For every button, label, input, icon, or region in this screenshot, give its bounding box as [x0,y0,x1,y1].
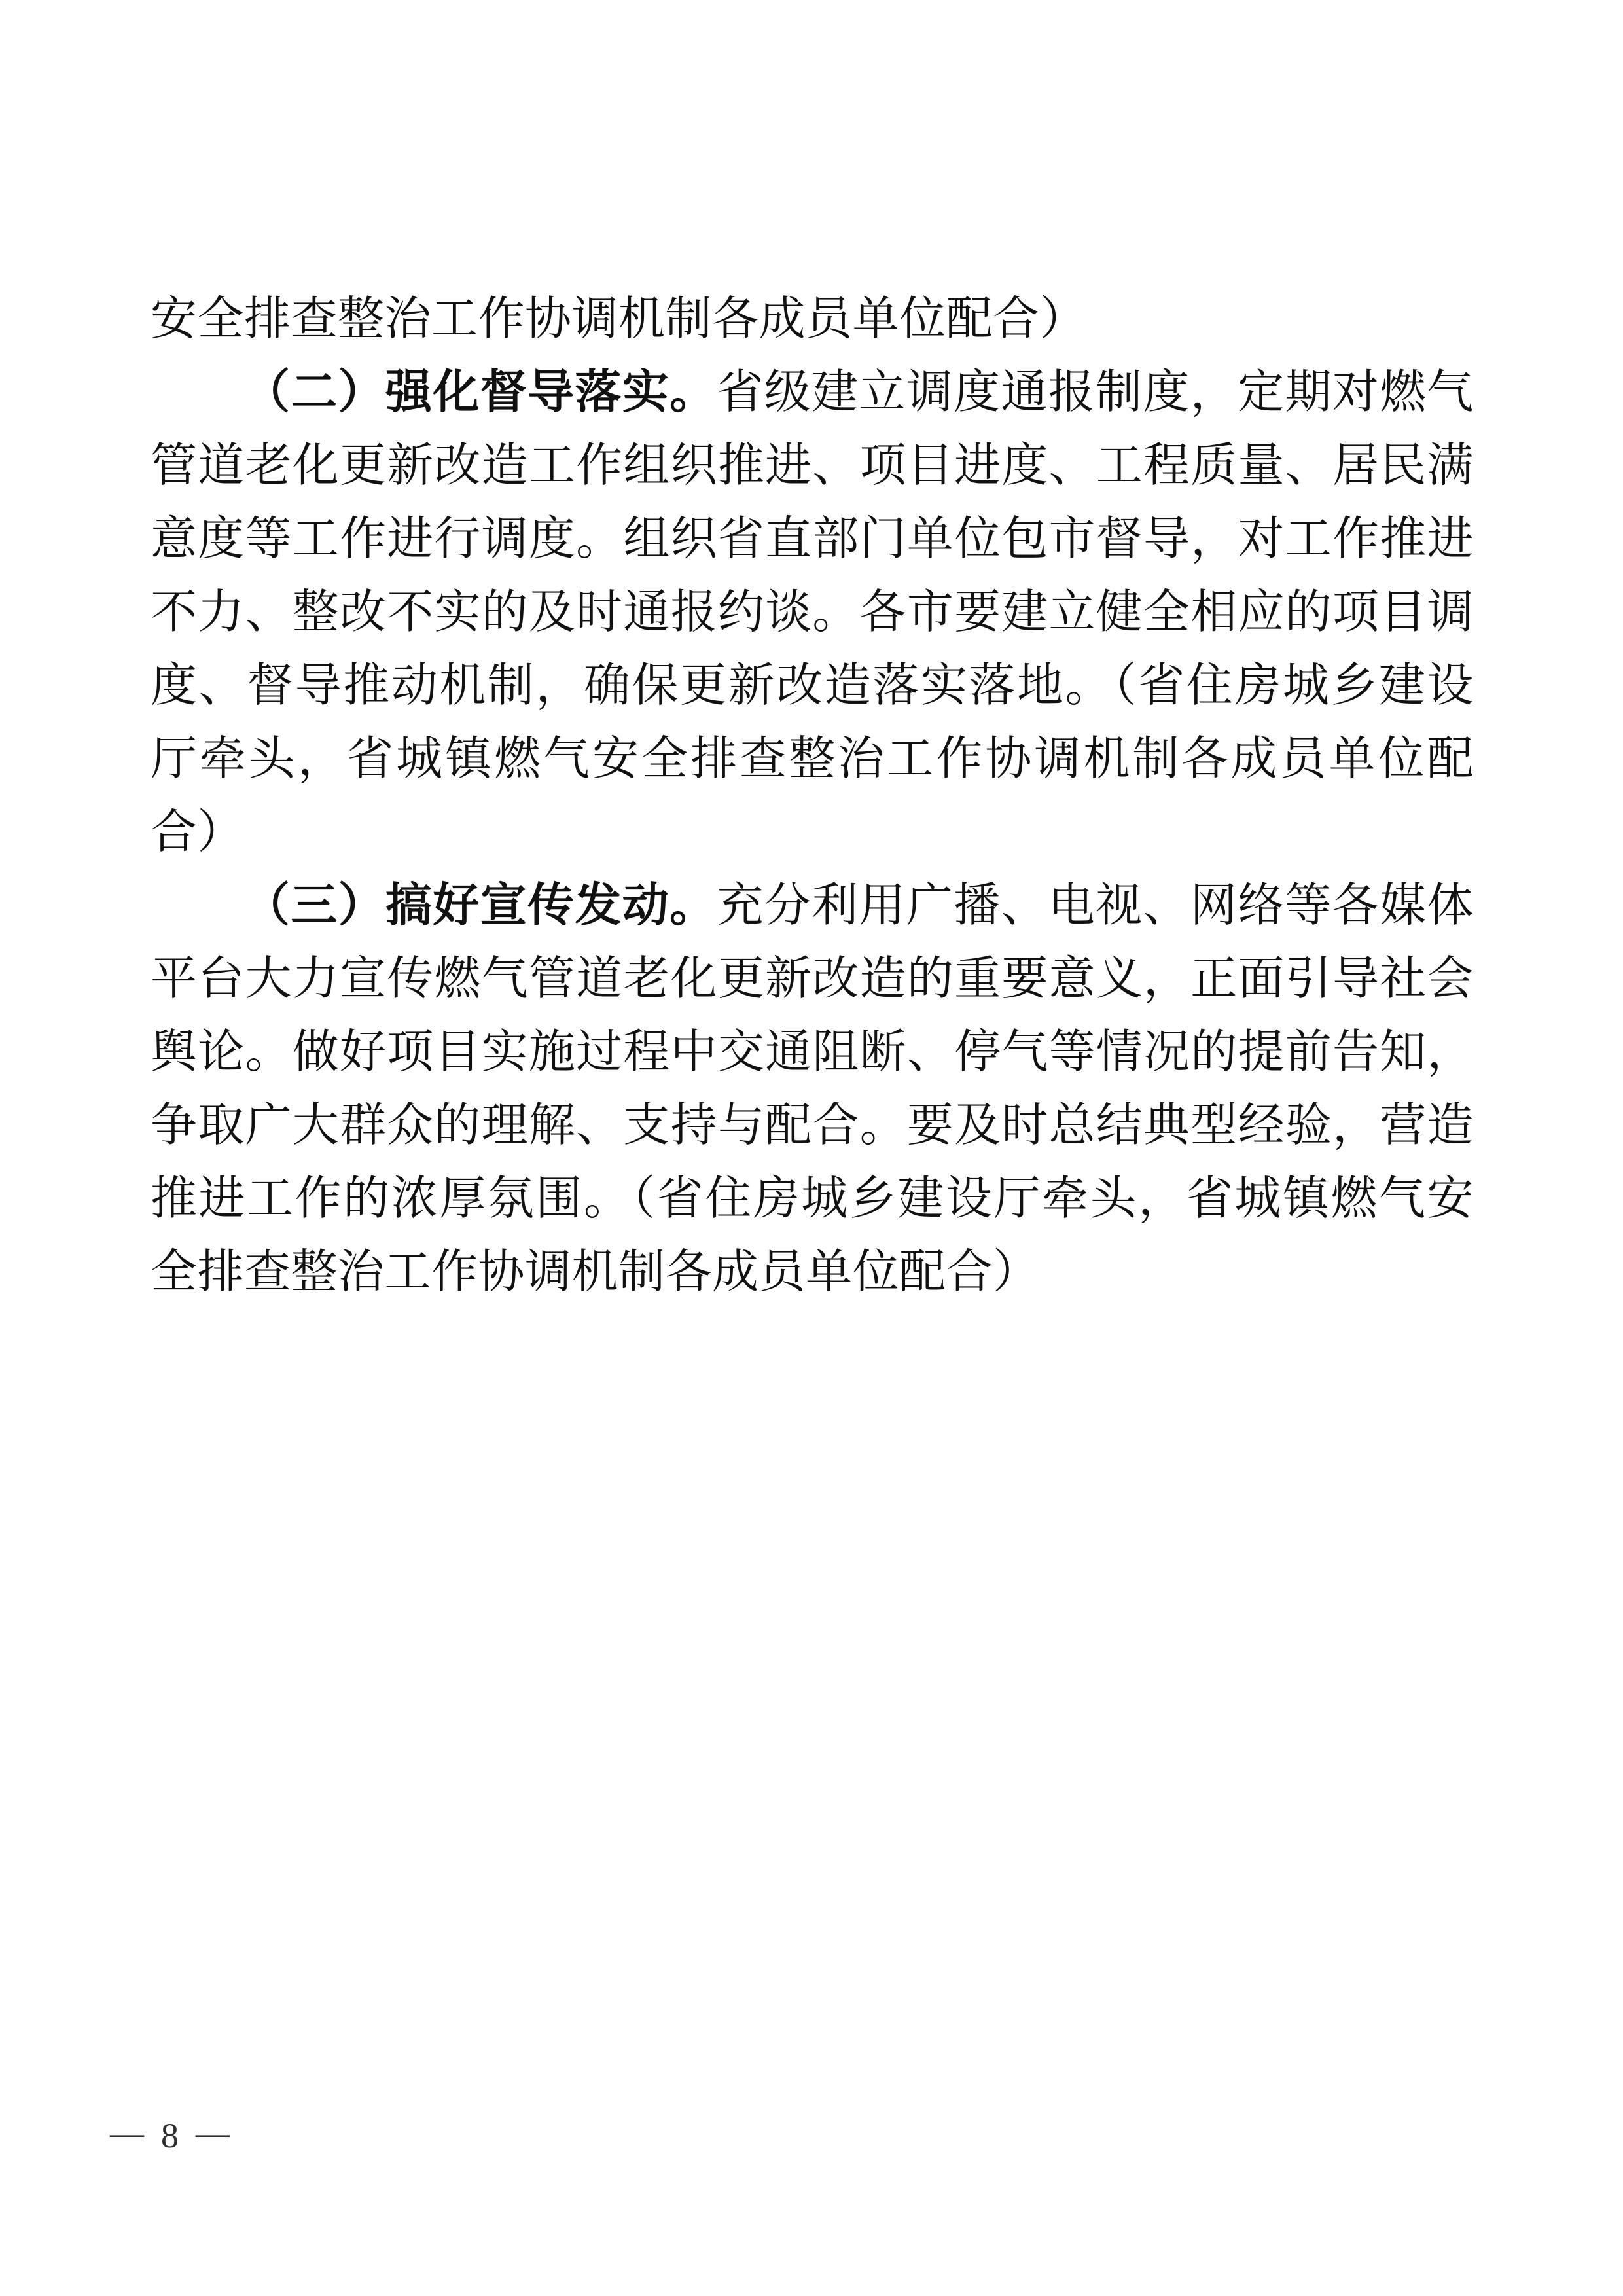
paragraph-lead: （二）强化督导落实。 [243,367,717,418]
footer-dash-left: — [110,2114,144,2153]
paragraph-section-2: （二）强化督导落实。省级建立调度通报制度，定期对燃气管道老化更新改造工作组织推进… [151,356,1474,869]
page-footer: — 8 — [110,2115,230,2156]
document-body: 安全排查整治工作协调机制各成员单位配合） （二）强化督导落实。省级建立调度通报制… [151,283,1474,1309]
paragraph-text: 省级建立调度通报制度，定期对燃气管道老化更新改造工作组织推进、项目进度、工程质量… [151,367,1474,858]
page-number: 8 [161,2115,179,2156]
document-page: 安全排查整治工作协调机制各成员单位配合） （二）强化督导落实。省级建立调度通报制… [0,0,1623,2296]
paragraph-text: 安全排查整治工作协调机制各成员单位配合） [151,294,1086,345]
paragraph-text: 充分利用广播、电视、网络等各媒体平台大力宣传燃气管道老化更新改造的重要意义，正面… [151,880,1474,1298]
paragraph-section-3: （三）搞好宣传发动。充分利用广播、电视、网络等各媒体平台大力宣传燃气管道老化更新… [151,869,1474,1309]
paragraph-continuation: 安全排查整治工作协调机制各成员单位配合） [151,283,1474,356]
paragraph-lead: （三）搞好宣传发动。 [243,880,717,931]
footer-dash-right: — [196,2114,230,2153]
